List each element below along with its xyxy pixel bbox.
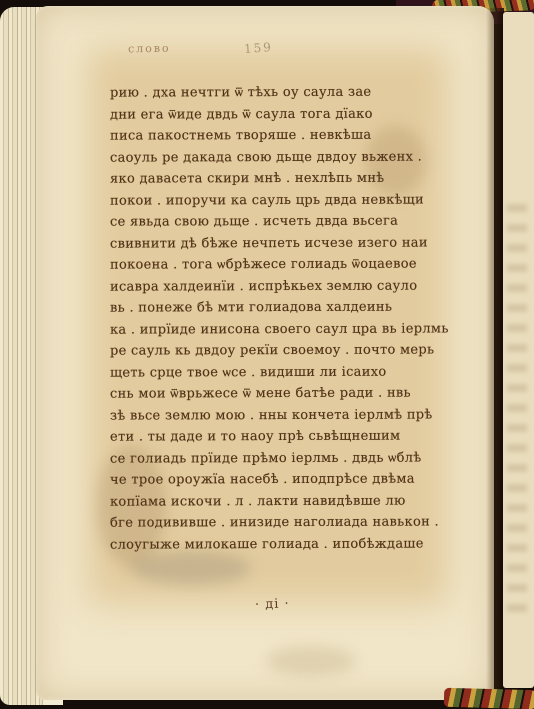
manuscript-line: покои . ипоручи ка сауль црь двда невкѣщ… [110,189,466,212]
manuscript-line: ре сауль кь двдоу рекїи своемоу . почто … [110,339,466,362]
manuscript-line: щеть срце твое ѡсе . видиши ли ісаихо [110,361,466,384]
manuscript-photo: слово 159 рию . дха нечтги ѿ тѣхь оу сау… [0,0,534,709]
manuscript-line: исавра халдеинїи . испрѣкьех землю сауло [110,275,466,298]
manuscript-line: ети . ты даде и то наоу прѣ сьвѣщнешим [110,425,466,448]
manuscript-line: саоуль ре дакада свою дьще двдоу вьженх … [110,146,466,169]
text-block: рию . дха нечтги ѿ тѣхь оу саула зае дни… [110,82,466,555]
running-header: слово [128,42,171,56]
braided-endband-bottom [444,688,534,709]
manuscript-line: че трое ороужїа насебѣ . иподпрѣсе двѣма [110,468,466,491]
manuscript-line: се голиадь прїиде прѣмо іерлмь . двдь ѡб… [110,447,466,470]
manuscript-line: писа пакостнемь творяше . невкѣша [110,124,466,147]
manuscript-line: копїама искочи . л . лакти навидѣвше лю [110,490,466,513]
manuscript-line: ка . ипрїиде инисона своего саул цра вь … [110,318,466,341]
gutter-shadow [486,8,504,690]
manuscript-line: снь мои ѿврьжесе ѿ мене батѣе ради . нвь [110,382,466,405]
manuscript-page: слово 159 рию . дха нечтги ѿ тѣхь оу сау… [36,6,494,700]
manuscript-line: бге подививше . инизиде наголиада навько… [110,511,466,534]
manuscript-line: вь . понеже бѣ мти голиадова халдеинь [110,296,466,319]
facing-page-sliver [503,12,534,688]
manuscript-line: рию . дха нечтги ѿ тѣхь оу саула зае [110,81,466,104]
parchment-stain [266,646,356,676]
manuscript-line: зѣ вьсе землю мою . нны кончета іерлмѣ п… [110,404,466,427]
manuscript-line: свивнити дѣ бѣже нечпеть исчезе изего на… [110,232,466,255]
manuscript-line: дни ега ѿиде двдь ѿ саула тога дїако [110,103,466,126]
ink-bleedthrough [507,192,527,612]
parchment-stain [131,551,251,585]
manuscript-line: яко давасета скири мнѣ . нехлѣпь мнѣ [110,167,466,190]
manuscript-line: се явьда свою дьще . исчеть двда вьсега [110,210,466,233]
folio-number: 159 [244,40,274,56]
manuscript-line: покоена . тога ѡбрѣжесе голиадь ѿоцаевое [110,253,466,276]
quire-mark: · ді · [255,596,290,612]
manuscript-line: слоугыже милокаше голиада . ипобѣждаше [110,533,466,556]
